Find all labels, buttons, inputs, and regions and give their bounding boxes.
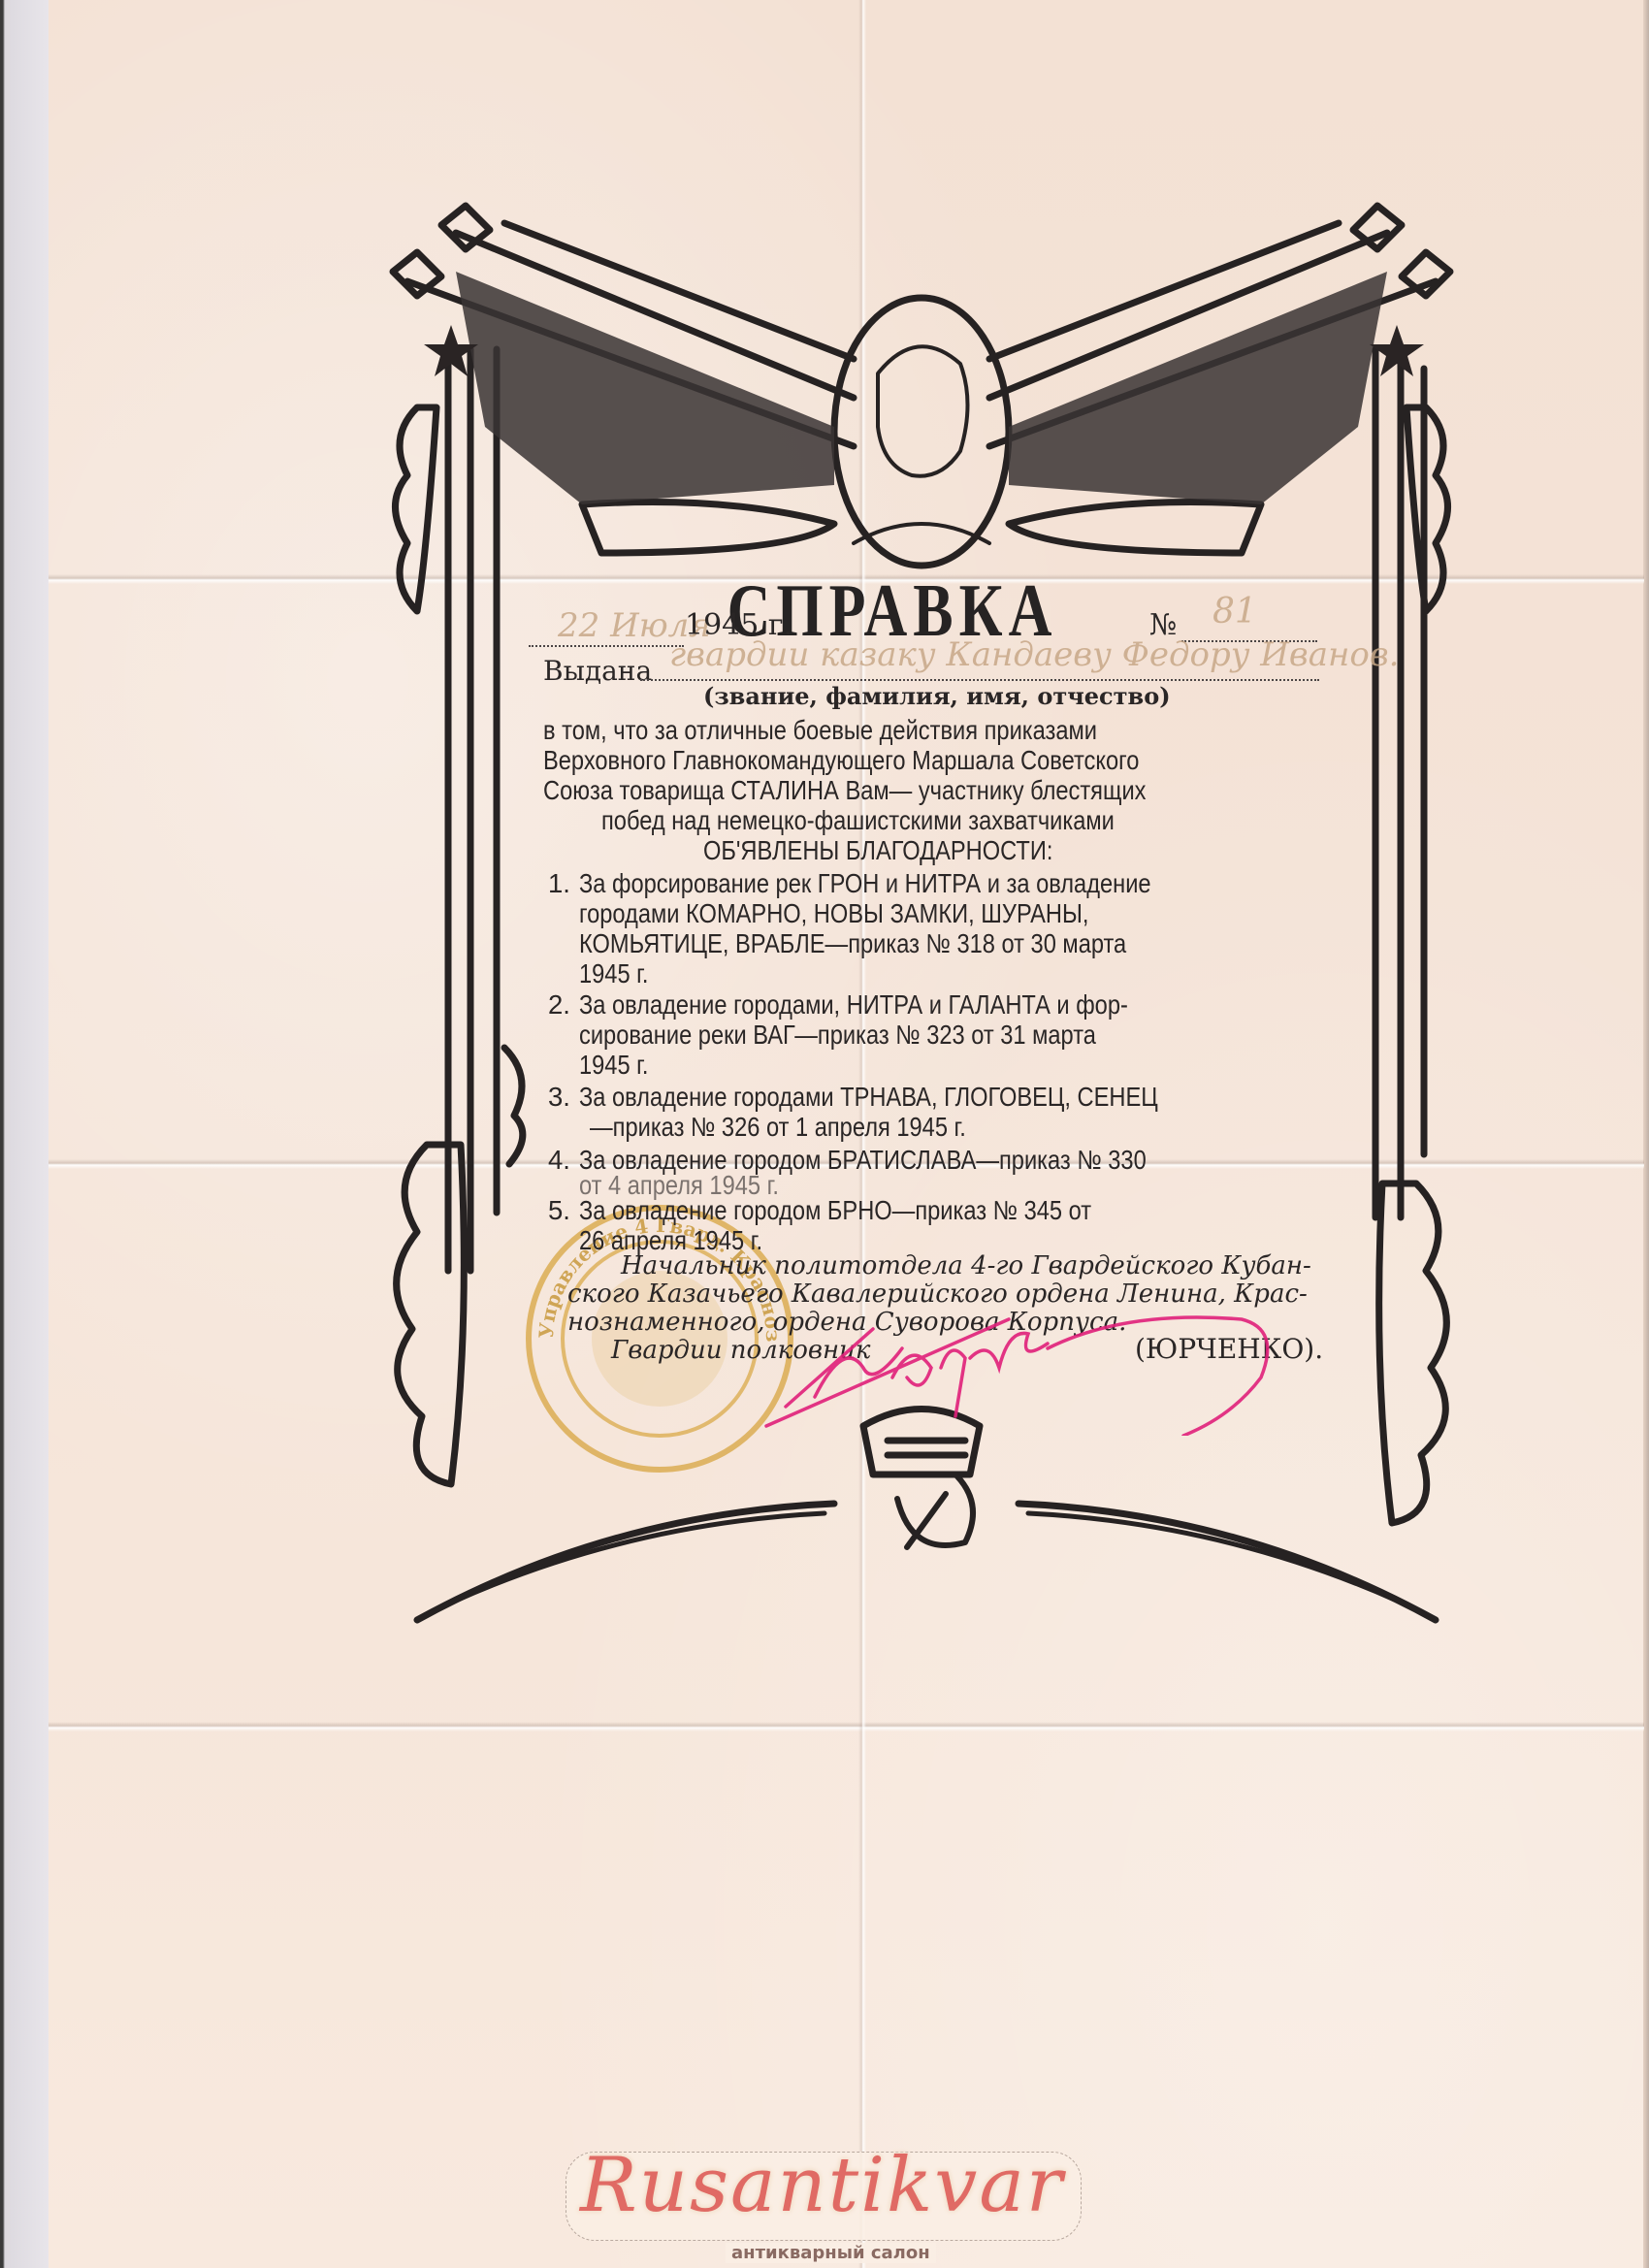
signature-block-line: Начальник политотдела 4-го Гвардейского … (621, 1251, 1311, 1280)
issued-to-label: Выдана (543, 655, 652, 687)
scanner-bed-edge (0, 0, 48, 2268)
recipient-underline (640, 679, 1319, 681)
item-line: За овладение городами, НИТРА и ГАЛАНТА и… (579, 989, 1128, 1021)
item-number: 4. (548, 1145, 570, 1176)
fold-line (48, 1722, 1644, 1732)
recipient-caption: (звание, фамилия, имя, отчество) (703, 682, 1171, 710)
item-line: сирование реки ВАГ—приказ № 323 от 31 ма… (579, 1020, 1096, 1051)
handwritten-signature (757, 1290, 1300, 1436)
item-line: КОМЬЯТИЦЕ, ВРАБЛЕ—приказ № 318 от 30 мар… (579, 928, 1126, 959)
item-line: городами КОМАРНО, НОВЫ ЗАМКИ, ШУРАНЫ, (579, 898, 1089, 929)
item-number: 1. (548, 868, 570, 899)
item-line: 1945 г. (579, 958, 649, 989)
date-underline (529, 645, 684, 647)
handwritten-number: 81 (1212, 592, 1257, 632)
watermark-subtitle: антикварный салон (726, 2243, 936, 2263)
item-line: 1945 г. (579, 1050, 649, 1081)
paper-edge (1643, 0, 1649, 2268)
watermark-brand: Rusantikvar (580, 2142, 1064, 2229)
item-line: За овладение городом БРНО—приказ № 345 о… (579, 1195, 1091, 1226)
item-line: —приказ № 326 от 1 апреля 1945 г. (590, 1112, 966, 1143)
item-number: 2. (548, 989, 570, 1021)
item-line: За овладение городами ТРНАВА, ГЛОГОВЕЦ, … (579, 1082, 1158, 1113)
item-number: 3. (548, 1082, 570, 1113)
handwritten-recipient: гвардии казаку Кандаеву Федору Иванов. (669, 635, 1399, 674)
body-line: Союза товарища СТАЛИНА Вам— участнику бл… (543, 775, 1146, 806)
thanks-heading: ОБ'ЯВЛЕНЫ БЛАГОДАРНОСТИ: (703, 835, 1052, 866)
item-number: 5. (548, 1195, 570, 1226)
body-line: побед над немецко-фашистскими захватчика… (601, 805, 1115, 836)
body-line: Верховного Главнокомандующего Маршала Со… (543, 745, 1139, 776)
item-line: За форсирование рек ГРОН и НИТРА и за ов… (579, 868, 1151, 899)
body-line: в том, что за отличные боевые действия п… (543, 715, 1097, 746)
